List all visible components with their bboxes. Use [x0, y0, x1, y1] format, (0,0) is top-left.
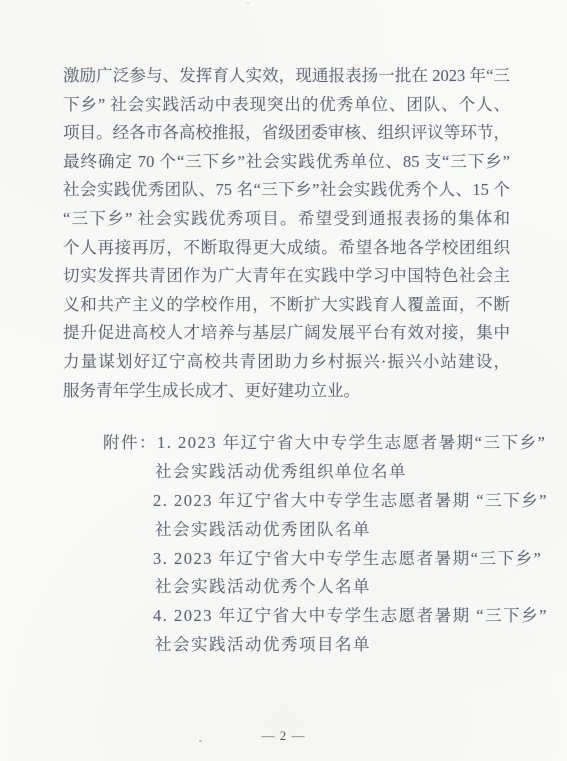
attachment-item-2: 2. 2023 年辽宁省大中专学生志愿者暑期 “三下乡” [63, 487, 523, 516]
body-line: 最终确定 70 个“三下乡”社会实践优秀单位、85 支“三下乡” [63, 148, 510, 177]
body-line: 社会实践优秀团队、75 名“三下乡”社会实践优秀个人、15 个 [63, 176, 510, 205]
attachment-item-3-wrap: 社会实践活动优秀个人名单 [63, 573, 523, 602]
attachment-label-and-item-1: 附件：1. 2023 年辽宁省大中专学生志愿者暑期“三下乡” [63, 429, 523, 458]
attachment-item-1-wrap: 社会实践活动优秀组织单位名单 [63, 458, 523, 487]
body-line: 项目。经各市各高校推报，省级团委审核、组织评议等环节， [63, 119, 510, 148]
body-line: 激励广泛参与、发挥育人实效，现通报表扬一批在 2023 年“三 [63, 62, 510, 91]
body-line: 提升促进高校人才培养与基层广阔发展平台有效对接，集中 [63, 319, 510, 348]
attachment-list: 附件：1. 2023 年辽宁省大中专学生志愿者暑期“三下乡” 社会实践活动优秀组… [63, 429, 523, 660]
body-line: 力量谋划好辽宁高校共青团助力乡村振兴·振兴小站建设， [63, 348, 510, 377]
attachment-item-4: 4. 2023 年辽宁省大中专学生志愿者暑期 “三下乡” [63, 602, 523, 631]
attachment-item-2-wrap: 社会实践活动优秀团队名单 [63, 516, 523, 545]
body-line: 切实发挥共青团作为广大青年在实践中学习中国特色社会主 [63, 262, 510, 291]
body-line: 义和共产主义的学校作用，不断扩大实践育人覆盖面，不断 [63, 291, 510, 320]
scanned-document-page: 激励广泛参与、发挥育人实效，现通报表扬一批在 2023 年“三 下乡” 社会实践… [0, 0, 567, 761]
body-line: 服务青年学生成长成才、更好建功立业。 [63, 377, 510, 406]
body-line: “三下乡” 社会实践优秀项目。希望受到通报表扬的集体和 [63, 205, 510, 234]
document-body-paragraph: 激励广泛参与、发挥育人实效，现通报表扬一批在 2023 年“三 下乡” 社会实践… [63, 62, 510, 405]
scan-artifact-dot [247, 2, 249, 4]
attachment-item-4-wrap: 社会实践活动优秀项目名单 [63, 631, 523, 660]
body-line: 下乡” 社会实践活动中表现突出的优秀单位、团队、个人、 [63, 91, 510, 120]
scan-artifact-dot [199, 740, 202, 742]
attachment-item-3: 3. 2023 年辽宁省大中专学生志愿者暑期“三下乡” [63, 545, 523, 574]
body-line: 个人再接再厉，不断取得更大成绩。希望各地各学校团组织 [63, 234, 510, 263]
page-number: — 2 — [0, 728, 567, 744]
